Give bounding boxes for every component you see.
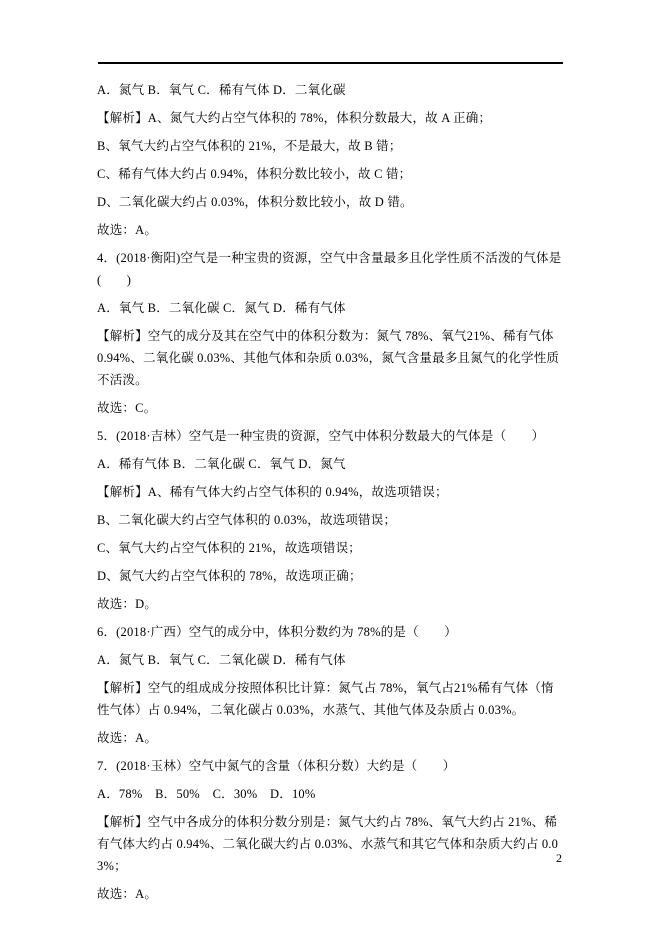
paragraph-q5-options: A．稀有气体 B．二氧化碳 C．氧气 D．氮气 — [97, 453, 565, 475]
paragraph-q4-question: 4．(2018·衡阳)空气是一种宝贵的资源，空气中含量最多且化学性质不活泼的气体… — [97, 247, 565, 291]
paragraph-q5-question: 5．(2018·吉林）空气是一种宝贵的资源，空气中体积分数最大的气体是（ ） — [97, 425, 565, 447]
paragraph-q5-answer: 故选：D。 — [97, 593, 565, 615]
paragraph-q7-analysis: 【解析】空气中各成分的体积分数分别是：氮气大约占 78%、氧气大约占 21%、稀… — [97, 811, 565, 877]
paragraph-q3-analysis-b: B、氧气大约占空气体积的 21%，不是最大，故 B 错； — [97, 135, 565, 157]
paragraph-q5-analysis-c: C、氧气大约占空气体积的 21%，故选项错误； — [97, 537, 565, 559]
paragraph-q3-analysis-a: 【解析】A、氮气大约占空气体积的 78%，体积分数最大，故 A 正确； — [97, 107, 565, 129]
paragraph-q4-analysis: 【解析】空气的成分及其在空气中的体积分数为：氮气 78%、氧气21%、稀有气体 … — [97, 325, 565, 391]
paragraph-q7-question: 7．(2018·玉林）空气中氮气的含量（体积分数）大约是（ ） — [97, 755, 565, 777]
document-body: A．氮气 B．氧气 C．稀有气体 D．二氧化碳 【解析】A、氮气大约占空气体积的… — [97, 79, 565, 911]
paragraph-q7-answer: 故选：A。 — [97, 883, 565, 905]
paragraph-q5-analysis-b: B、二氧化碳大约占空气体积的 0.03%，故选项错误； — [97, 509, 565, 531]
paragraph-q7-options: A．78% B．50% C．30% D．10% — [97, 783, 565, 805]
paragraph-q5-analysis-a: 【解析】A、稀有气体大约占空气体积的 0.94%，故选项错误； — [97, 481, 565, 503]
page-number: 2 — [552, 850, 566, 866]
paragraph-q3-analysis-c: C、稀有气体大约占 0.94%，体积分数比较小，故 C 错； — [97, 163, 565, 185]
paragraph-q6-options: A．氮气 B．氧气 C．二氧化碳 D．稀有气体 — [97, 649, 565, 671]
header-rule — [98, 62, 563, 64]
paragraph-q6-analysis: 【解析】空气的组成成分按照体积比计算：氮气占 78%，氧气占21%稀有气体（惰性… — [97, 677, 565, 721]
paragraph-q3-analysis-d: D、二氧化碳大约占 0.03%，体积分数比较小，故 D 错。 — [97, 191, 565, 213]
paragraph-q6-question: 6．(2018·广西）空气的成分中，体积分数约为 78%的是（ ） — [97, 621, 565, 643]
paragraph-q3-answer: 故选：A。 — [97, 219, 565, 241]
paragraph-q3-options: A．氮气 B．氧气 C．稀有气体 D．二氧化碳 — [97, 79, 565, 101]
document-page: A．氮气 B．氧气 C．稀有气体 D．二氧化碳 【解析】A、氮气大约占空气体积的… — [0, 0, 661, 935]
paragraph-q6-answer: 故选：A。 — [97, 727, 565, 749]
paragraph-q5-analysis-d: D、氮气大约占空气体积的 78%，故选项正确； — [97, 565, 565, 587]
paragraph-q4-options: A．氧气 B．二氧化碳 C．氮气 D．稀有气体 — [97, 297, 565, 319]
paragraph-q4-answer: 故选：C。 — [97, 397, 565, 419]
